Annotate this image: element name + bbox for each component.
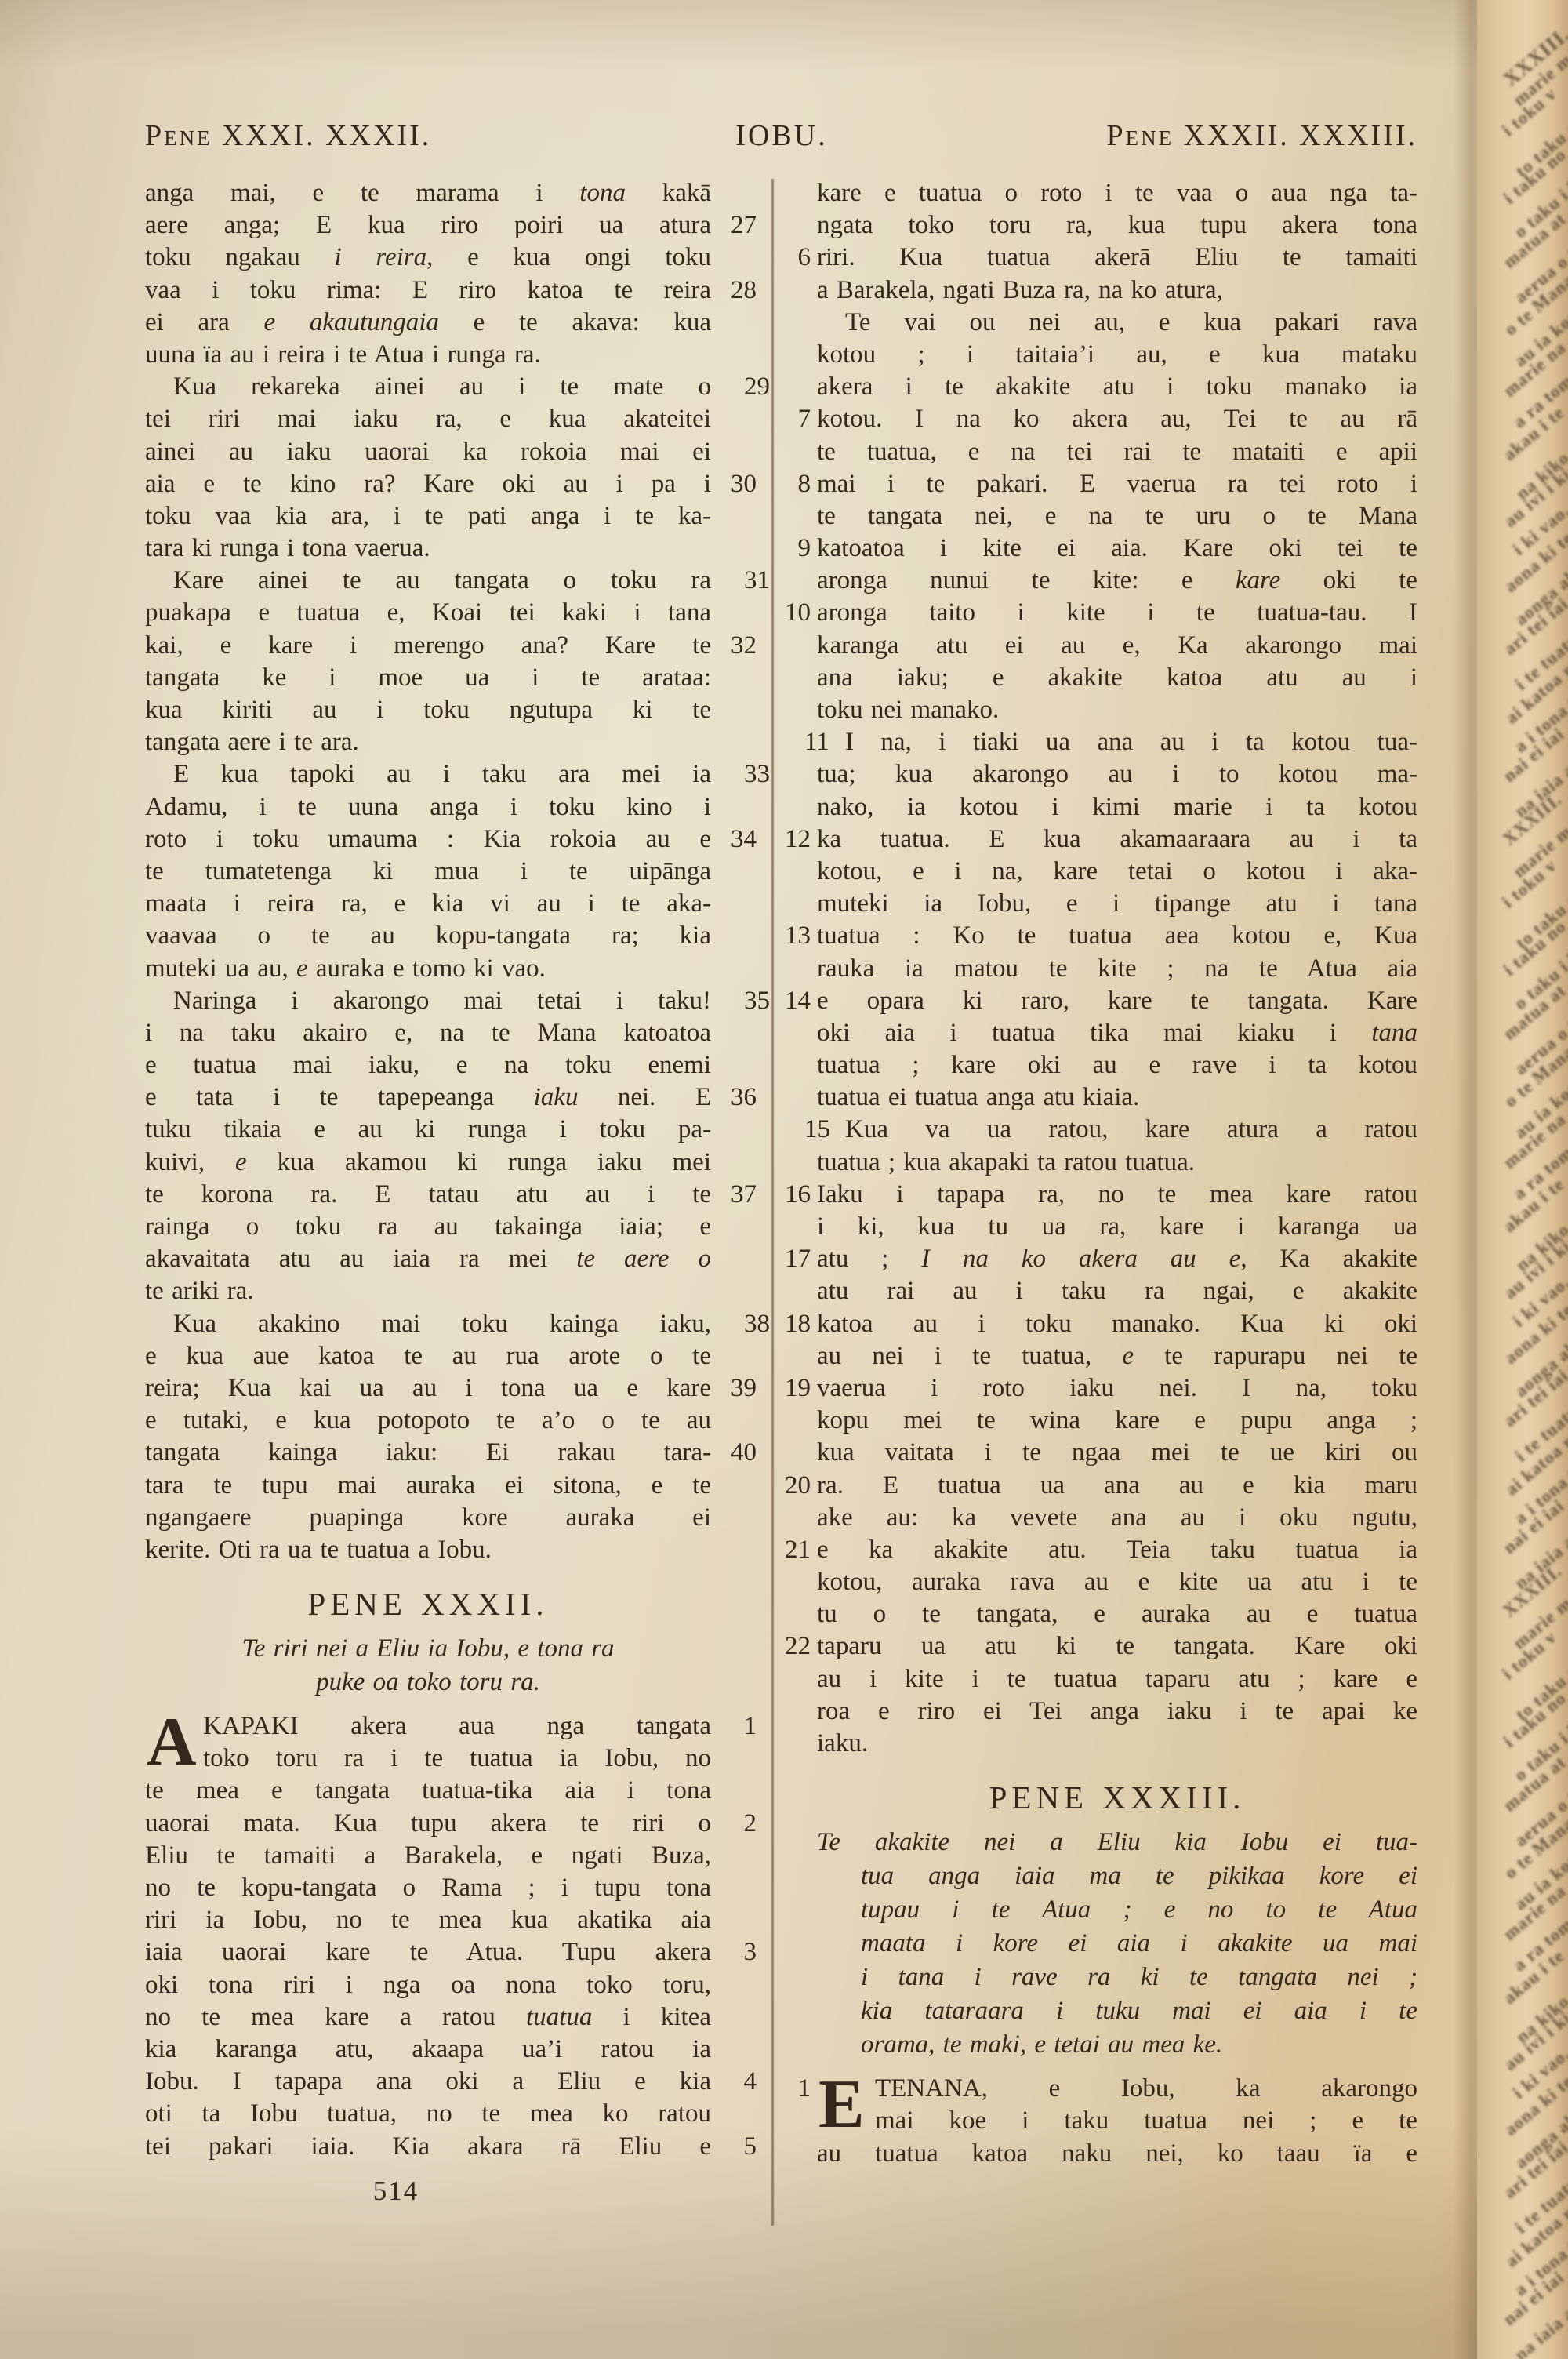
line-text: Te riri nei a Eliu ia Iobu, e tona ra [241,1634,614,1663]
chapter-summary-line: tua anga iaia ma te pikikaa kore ei [817,1859,1417,1893]
line-text: no te kopu-tangata o Rama ; i tupu tona [145,1874,711,1902]
line-text: tupau i te Atua ; e no to te Atua [861,1896,1417,1924]
line-text: e tuatua mai iaku, e na toku enemi [145,1051,711,1079]
line-text: tangata aere i te ara. [145,728,359,756]
line-text: toku vaa kia ara, i te pati anga i te ka… [145,502,711,530]
verse-number: 27 [716,209,757,242]
text-line: i na taku akairo e, na te Mana katoatoa [145,1017,711,1049]
text-line: i ki, kua tu ua ra, kare i karanga ua [817,1211,1417,1243]
line-text: ka tuatua. E kua akamaaraara au i ta [817,825,1417,853]
chapter-summary-line: kia tataraara i tuku mai ei aia i te [817,1994,1417,2028]
line-text: tei pakari iaia. Kia akara rā Eliu e [145,2132,711,2161]
text-line: vaa i toku rima: E riro katoa te reira28 [145,274,711,307]
text-line: e opara ki raro, kare te tangata. Kare14 [817,985,1417,1017]
line-text: kai, e kare i merengo ana? Kare te [145,631,711,660]
line-text: oki aia i tuatua tika mai kiaku i tana [817,1019,1417,1047]
verse-number: 4 [716,2066,757,2098]
text-line: te tuatua, e na tei rai te mataiti e api… [817,436,1417,468]
text-line: toku ngakau i reira, e kua ongi toku [145,242,711,274]
text-line: tuatua ; kare oki au e rave i ta kotou [817,1049,1417,1081]
text-line: roa e riro ei Tei anga iaku i te apai ke [817,1696,1417,1728]
line-text: tuku tikaia e au ki runga i toku pa- [145,1115,711,1143]
text-line: e tutaki, e kua potopoto te a’o o te au [145,1405,711,1437]
line-text: Te akakite nei a Eliu kia Iobu ei tua- [817,1828,1417,1856]
verse-number: 35 [716,985,757,1017]
line-text: tara ki runga i tona vaerua. [145,534,430,562]
line-text: i tana i rave ra ki te tangata nei ; [861,1963,1417,1991]
text-line: a Barakela, ngati Buza ra, na ko atura, [817,274,1417,307]
chapter-summary-line: orama, te maki, e tetai au mea ke. [817,2028,1417,2062]
line-text: au nei i te tuatua, e te rapurapu nei te [817,1342,1417,1370]
text-line: toku vaa kia ara, i te pati anga i te ka… [145,500,711,533]
line-text: nako, ia kotou i kimi marie i ta kotou [817,793,1417,821]
chapter-heading: PENE XXXIII. [817,1776,1417,1819]
text-line: tangata ke i moe ua i te arataa: [145,662,711,694]
text-line: vaerua i roto iaku nei. I na, toku19 [817,1372,1417,1405]
text-line: e ka akakite atu. Teia taku tuatua ia21 [817,1534,1417,1566]
verse-number: 7 [776,403,811,435]
text-line: kotou, e i na, kare tetai o kotou i aka- [817,856,1417,888]
text-line: kare e tuatua o roto i te vaa o aua nga … [817,177,1417,209]
line-text: iaia uaorai kare te Atua. Tupu akera [145,1938,711,1966]
verse-number: 34 [716,823,757,856]
line-text: tara te tupu mai auraka ei sitona, e te [145,1471,711,1499]
text-line: kerite. Oti ra ua te tuatua a Iobu. [145,1534,711,1566]
text-line: kai, e kare i merengo ana? Kare te32 [145,630,711,662]
verse-number: 28 [716,274,757,307]
text-line: toku nei manako. [817,694,1417,726]
spacer [817,1760,1417,1776]
verse-number: 21 [776,1534,811,1566]
line-text: ra. E tuatua ua ana au e kia maru [817,1471,1417,1499]
text-line: oki aia i tuatua tika mai kiaku i tana [817,1017,1417,1049]
line-text: vaa i toku rima: E riro katoa te reira [145,276,711,304]
line-text: Iobu. I tapapa ana oki a Eliu e kia [145,2067,711,2095]
line-text: atu ; I na ko akera au e, Ka akakite [817,1245,1417,1273]
chapter-summary-line: Te riri nei a Eliu ia Iobu, e tona ra [145,1632,711,1666]
text-line: kia karanga atu, akaapa ua’i ratou ia [145,2034,711,2066]
text-line: te tumatetenga ki mua i te uipānga [145,856,711,888]
line-text: muteki ia Iobu, e i tipange atu i tana [817,889,1417,918]
text-line: muteki ia Iobu, e i tipange atu i tana [817,888,1417,920]
line-text: te korona ra. E tatau atu au i te [145,1180,711,1209]
text-line: vaavaa o te au kopu-tangata ra; kia [145,920,711,952]
text-line: tuatua : Ko te tuatua aea kotou e, Kua13 [817,920,1417,952]
spacer [817,1819,1417,1826]
text-line: puakapa e tuatua e, Koai tei kaki i tana [145,597,711,629]
text-line: atu ; I na ko akera au e, Ka akakite17 [817,1243,1417,1275]
line-text: aronga nunui te kite: e kare oki te [817,566,1417,594]
line-text: taparu ua atu ki te tangata. Kare oki [817,1632,1417,1660]
verse-number: 9 [776,533,811,565]
line-text: e tata i te tapepeanga iaku nei. E [145,1083,711,1111]
text-line: akavaitata atu au iaia ra mei te aere o [145,1243,711,1275]
text-line: Adamu, i te uuna anga i toku kino i [145,791,711,823]
line-text: tangata kainga iaku: Ei rakau tara- [145,1438,711,1467]
text-line: taparu ua atu ki te tangata. Kare oki22 [817,1630,1417,1663]
text-line: aia e te kino ra? Kare oki au i pa i30 [145,468,711,500]
text-line: Kua akakino mai toku kainga iaku,38 [145,1308,711,1340]
line-text: toku ngakau i reira, e kua ongi toku [145,243,711,271]
verse-number: 3 [716,1936,757,1968]
line-text: atu rai au i taku ra ngai, e akakite [817,1277,1417,1305]
text-line: au tuatua katoa naku nei, ko taau ïa e [817,2138,1417,2170]
verse-number: 22 [776,1630,811,1663]
right-text-column: kare e tuatua o roto i te vaa o aua nga … [817,177,1417,2170]
chapter-summary-line: maata i kore ei aia i akakite ua mai [817,1927,1417,1961]
text-line: au i kite i te tuatua taparu atu ; kare … [817,1663,1417,1696]
line-text: E kua tapoki au i taku ara mei ia [173,760,711,788]
chapter-heading: PENE XXXII. [145,1582,711,1626]
line-text: roa e riro ei Tei anga iaku i te apai ke [817,1697,1417,1725]
text-line: Kua rekareka ainei au i te mate o29 [145,371,711,403]
line-text: vaerua i roto iaku nei. I na, toku [817,1374,1417,1402]
line-text: au tuatua katoa naku nei, ko taau ïa e [817,2139,1417,2168]
chapter-summary-line: tupau i te Atua ; e no to te Atua [817,1893,1417,1927]
text-line: katoa au i toku manako. Kua ki oki18 [817,1308,1417,1340]
text-line: aronga nunui te kite: e kare oki te [817,565,1417,597]
line-text: te ariki ra. [145,1277,254,1305]
text-line: kotou ; i taitaia’i au, e kua mataku [817,339,1417,371]
line-text: oti ta Iobu tuatua, no te mea ko ratou [145,2099,711,2128]
line-text: te tumatetenga ki mua i te uipānga [145,857,711,885]
verse-number: 15 [776,1114,811,1146]
line-text: KAPAKI akera aua nga tangata [203,1712,711,1740]
left-text-column: anga mai, e te marama i tona kakāaere an… [145,177,711,2163]
verse-number: 12 [776,823,811,856]
text-line: e tata i te tapepeanga iaku nei. E36 [145,1081,711,1114]
text-line: I na, i tiaki ua ana au i ta kotou tua-1… [817,726,1417,758]
line-text: oki tona riri i nga oa nona toko toru, [145,1971,711,1999]
line-text: reira; Kua kai ua au i tona ua e kare [145,1374,711,1402]
verse-number: 8 [776,468,811,500]
text-line: toko toru ra i te tuatua ia Iobu, no [145,1743,711,1775]
line-text: akavaitata atu au iaia ra mei te aere o [145,1245,711,1273]
line-text: PENE XXXIII. [989,1779,1246,1816]
running-head-center: IOBU. [735,118,827,154]
line-text: Kua rekareka ainei au i te mate o [173,373,711,401]
text-line: te ariki ra. [145,1275,711,1307]
line-text: Iaku i tapapa ra, no te mea kare ratou [817,1180,1417,1209]
line-text: e opara ki raro, kare te tangata. Kare [817,987,1417,1015]
text-line: nako, ia kotou i kimi marie i ta kotou [817,791,1417,823]
text-line: Eliu te tamaiti a Barakela, e ngati Buza… [145,1840,711,1872]
verse-number: 29 [716,371,757,403]
line-text: puke oa toko toru ra. [316,1668,540,1696]
line-text: a Barakela, ngati Buza ra, na ko atura, [817,276,1223,304]
line-text: kotou, e i na, kare tetai o kotou i aka- [817,857,1417,885]
line-text: toko toru ra i te tuatua ia Iobu, no [203,1744,711,1772]
chapter-summary-line: Te akakite nei a Eliu kia Iobu ei tua- [817,1826,1417,1859]
text-line: anga mai, e te marama i tona kakā [145,177,711,209]
text-line: ngangaere puapinga kore auraka ei [145,1502,711,1534]
text-line: no te mea kare a ratou tuatua i kitea [145,2001,711,2034]
verse-number: 1 [776,2073,811,2105]
text-line: no te kopu-tangata o Rama ; i tupu tona [145,1872,711,1904]
line-text: kua kiriti au i toku ngutupa ki te [145,696,711,724]
line-text: riri ia Iobu, no te mea kua akatika aia [145,1906,711,1934]
text-line: maata i reira ra, e kia vi au i te aka- [145,888,711,920]
line-text: kua vaitata i te ngaa mei te ue kiri ou [817,1438,1417,1467]
spacer [817,2062,1417,2073]
line-text: maata i reira ra, e kia vi au i te aka- [145,889,711,918]
line-text: puakapa e tuatua e, Koai tei kaki i tana [145,598,711,627]
text-line: tangata kainga iaku: Ei rakau tara-40 [145,1437,711,1469]
line-text: rauka ia matou te kite ; na te Atua aia [817,954,1417,983]
line-text: tangata ke i moe ua i te arataa: [145,663,711,692]
line-text: rainga o toku ra au takainga iaia; e [145,1212,711,1241]
text-line: te mea e tangata tuatua-tika aia i tona [145,1775,711,1807]
text-line: karanga atu ei au e, Ka akarongo mai [817,630,1417,662]
line-text: mai koe i taku tuatua nei ; e te [875,2106,1417,2135]
text-line: ETENANA, e Iobu, ka akarongo1 [817,2073,1417,2105]
text-line: katoatoa i kite ei aia. Kare oki tei te9 [817,533,1417,565]
text-line: ngata toko toru ra, kua tupu akera tona [817,209,1417,242]
text-line: tuku tikaia e au ki runga i toku pa- [145,1114,711,1146]
line-text: tuatua ei tuatua anga atu kiaia. [817,1083,1139,1111]
text-line: oki tona riri i nga oa nona toko toru, [145,1969,711,2001]
verse-number: 40 [716,1437,757,1469]
line-text: Kua va ua ratou, kare atura a ratou [845,1115,1417,1143]
line-text: muteki ua au, e auraka e tomo ki vao. [145,954,546,983]
text-line: kotou. I na ko akera au, Tei te au rā7 [817,403,1417,435]
text-line: Te vai ou nei au, e kua pakari rava [817,307,1417,339]
text-line: tara ki runga i tona vaerua. [145,533,711,565]
text-line: muteki ua au, e auraka e tomo ki vao. [145,953,711,985]
text-line: e kua aue katoa te au rua arote o te [145,1340,711,1372]
line-text: katoatoa i kite ei aia. Kare oki tei te [817,534,1417,562]
line-text: PENE XXXII. [307,1586,548,1622]
text-line: ana iaku; e akakite katoa atu au i [817,662,1417,694]
text-line: tuatua ; kua akapaki ta ratou tuatua. [817,1147,1417,1179]
text-line: riri. Kua tuatua akerā Eliu te tamaiti6 [817,242,1417,274]
line-text: ainei au iaku uaorai ka rokoia mai ei [145,438,711,466]
text-line: Kare ainei te au tangata o toku ra31 [145,565,711,597]
text-line: oti ta Iobu tuatua, no te mea ko ratou [145,2098,711,2130]
book-photo: XXXIII.marie mi toku vto taku arei taku … [0,0,1568,2359]
text-line: uaorai mata. Kua tupu akera te riri o2 [145,1808,711,1840]
line-text: kia karanga atu, akaapa ua’i ratou ia [145,2035,711,2063]
line-text: katoa au i toku manako. Kua ki oki [817,1310,1417,1338]
text-line: kotou, auraka rava au e kite ua atu i te [817,1566,1417,1598]
line-text: e kua aue katoa te au rua arote o te [145,1342,711,1370]
verse-number: 39 [716,1372,757,1405]
page-number: 514 [145,2174,647,2208]
verse-number: 17 [776,1243,811,1275]
text-line: ainei au iaku uaorai ka rokoia mai ei [145,436,711,468]
line-text: tua; kua akarongo au i to kotou ma- [817,760,1417,788]
line-text: Kua akakino mai toku kainga iaku, [173,1310,711,1338]
line-text: mai i te pakari. E vaerua ra tei roto i [817,470,1417,498]
line-text: kotou. I na ko akera au, Tei te au rā [817,405,1417,433]
text-line: e tuatua mai iaku, e na toku enemi [145,1049,711,1081]
text-line: mai i te pakari. E vaerua ra tei roto i8 [817,468,1417,500]
text-line: rauka ia matou te kite ; na te Atua aia [817,953,1417,985]
verse-number: 33 [716,758,757,791]
verse-number: 20 [776,1470,811,1502]
text-line: ka tuatua. E kua akamaaraara au i ta12 [817,823,1417,856]
line-text: kia tataraara i tuku mai ei aia i te [861,1997,1417,2025]
line-text: ana iaku; e akakite katoa atu au i [817,663,1417,692]
text-line: kua kiriti au i toku ngutupa ki te [145,694,711,726]
verse-number: 2 [716,1808,757,1840]
line-text: e ka akakite atu. Teia taku tuatua ia [817,1536,1417,1564]
verse-number: 10 [776,597,811,629]
line-text: Adamu, i te uuna anga i toku kino i [145,793,711,821]
line-text: aronga taito i kite i te tuatua-tau. I [817,598,1417,627]
text-line: ake au: ka vevete ana au i oku ngutu, [817,1502,1417,1534]
line-text: I na, i tiaki ua ana au i ta kotou tua- [845,728,1417,756]
text-line: aronga taito i kite i te tuatua-tau. I10 [817,597,1417,629]
line-text: te tuatua, e na tei rai te mataiti e api… [817,438,1417,466]
spacer [145,1566,711,1582]
text-line: Iobu. I tapapa ana oki a Eliu e kia4 [145,2066,711,2098]
text-line: tei pakari iaia. Kia akara rā Eliu e5 [145,2131,711,2163]
verse-number: 16 [776,1179,811,1211]
line-text: aere anga; E kua riro poiri ua atura [145,211,711,239]
line-text: Te vai ou nei au, e kua pakari rava [845,308,1417,336]
line-text: vaavaa o te au kopu-tangata ra; kia [145,921,711,950]
running-head-left: Pene XXXI. XXXII. [145,118,431,154]
verse-number: 38 [716,1308,757,1340]
line-text: iaku. [817,1729,868,1757]
text-line: kuivi, e kua akamou ki runga iaku mei [145,1147,711,1179]
text-line: AKAPAKI akera aua nga tangata1 [145,1710,711,1743]
line-text: Naringa i akarongo mai tetai i taku! [173,987,711,1015]
line-text: tuatua ; kare oki au e rave i ta kotou [817,1051,1417,1079]
verse-number: 32 [716,630,757,662]
text-line: tangata aere i te ara. [145,726,711,758]
column-divider-rule [771,179,774,2226]
line-text: kotou ; i taitaia’i au, e kua mataku [817,340,1417,369]
line-text: te mea e tangata tuatua-tika aia i tona [145,1776,711,1805]
text-line: kopu mei te wina kare e pupu anga ; [817,1405,1417,1437]
verse-number: 19 [776,1372,811,1405]
spacer [145,1699,711,1710]
line-text: kotou, auraka rava au e kite ua atu i te [817,1568,1417,1596]
line-text: TENANA, e Iobu, ka akarongo [875,2074,1417,2103]
text-line: Kua va ua ratou, kare atura a ratou15 [817,1114,1417,1146]
text-line: Naringa i akarongo mai tetai i taku!35 [145,985,711,1017]
text-line: Iaku i tapapa ra, no te mea kare ratou16 [817,1179,1417,1211]
verse-number: 14 [776,985,811,1017]
verse-number: 37 [716,1179,757,1211]
line-text: kuivi, e kua akamou ki runga iaku mei [145,1148,711,1176]
line-text: e tutaki, e kua potopoto te a’o o te au [145,1406,711,1434]
verse-number: 6 [776,242,811,274]
line-text: tuatua : Ko te tuatua aea kotou e, Kua [817,921,1417,950]
line-text: ngangaere puapinga kore auraka ei [145,1503,711,1532]
text-line: atu rai au i taku ra ngai, e akakite [817,1275,1417,1307]
line-text: no te mea kare a ratou tuatua i kitea [145,2003,711,2031]
line-text: karanga atu ei au e, Ka akarongo mai [817,631,1417,660]
text-line: uuna ïa au i reira i te Atua i runga ra. [145,339,711,371]
text-line: roto i toku umauma : Kia rokoia au e34 [145,823,711,856]
text-line: te korona ra. E tatau atu au i te37 [145,1179,711,1211]
verse-number: 1 [716,1710,757,1743]
line-text: kare e tuatua o roto i te vaa o aua nga … [817,179,1417,207]
verse-number: 30 [716,468,757,500]
line-text: orama, te maki, e tetai au mea ke. [861,2030,1222,2059]
line-text: uaorai mata. Kua tupu akera te riri o [145,1809,711,1837]
text-line: aere anga; E kua riro poiri ua atura27 [145,209,711,242]
line-text: roto i toku umauma : Kia rokoia au e [145,825,711,853]
line-text: anga mai, e te marama i tona kakā [145,179,711,207]
text-line: tuatua ei tuatua anga atu kiaia. [817,1081,1417,1114]
spacer [145,1626,711,1632]
line-text: ngata toko toru ra, kua tupu akera tona [817,211,1417,239]
text-line: akera i te akakite atu i toku manako ia [817,371,1417,403]
chapter-summary-line: puke oa toko toru ra. [145,1666,711,1699]
text-line: tua; kua akarongo au i to kotou ma- [817,758,1417,791]
verse-number: 5 [716,2131,757,2163]
text-line: ra. E tuatua ua ana au e kia maru20 [817,1470,1417,1502]
chapter-summary-line: i tana i rave ra ki te tangata nei ; [817,1961,1417,1994]
line-text: ake au: ka vevete ana au i oku ngutu, [817,1503,1417,1532]
text-line: ei ara e akautungaia e te akava: kua [145,307,711,339]
line-text: aia e te kino ra? Kare oki au i pa i [145,470,711,498]
text-line: te tangata nei, e na te uru o te Mana [817,500,1417,533]
line-text: kopu mei te wina kare e pupu anga ; [817,1406,1417,1434]
line-text: tuatua ; kua akapaki ta ratou tuatua. [817,1148,1195,1176]
line-text: Kare ainei te au tangata o toku ra [173,566,711,594]
text-line: tei riri mai iaku ra, e kua akateitei [145,403,711,435]
verse-number: 13 [776,920,811,952]
next-page-edge: XXXIII.marie mi toku vto taku arei taku … [1477,0,1568,2359]
text-line: reira; Kua kai ua au i tona ua e kare39 [145,1372,711,1405]
text-line: kua vaitata i te ngaa mei te ue kiri ou [817,1437,1417,1469]
verse-number: 36 [716,1081,757,1114]
line-text: i ki, kua tu ua ra, kare i karanga ua [817,1212,1417,1241]
verse-number: 18 [776,1308,811,1340]
line-text: ei ara e akautungaia e te akava: kua [145,308,711,336]
line-text: te tangata nei, e na te uru o te Mana [817,502,1417,530]
text-line: mai koe i taku tuatua nei ; e te [817,2105,1417,2137]
text-line: tu o te tangata, e auraka au e tuatua [817,1598,1417,1630]
line-text: maata i kore ei aia i akakite ua mai [861,1929,1417,1957]
line-text: i na taku akairo e, na te Mana katoatoa [145,1019,711,1047]
line-text: tu o te tangata, e auraka au e tuatua [817,1600,1417,1628]
verse-number: 11 [776,726,811,758]
text-line: iaia uaorai kare te Atua. Tupu akera3 [145,1936,711,1968]
line-text: Eliu te tamaiti a Barakela, e ngati Buza… [145,1841,711,1870]
line-text: uuna ïa au i reira i te Atua i runga ra. [145,340,541,369]
text-line: au nei i te tuatua, e te rapurapu nei te [817,1340,1417,1372]
line-text: au i kite i te tuatua taparu atu ; kare … [817,1665,1417,1693]
text-line: rainga o toku ra au takainga iaia; e [145,1211,711,1243]
text-line: riri ia Iobu, no te mea kua akatika aia [145,1904,711,1936]
text-line: E kua tapoki au i taku ara mei ia33 [145,758,711,791]
line-text: akera i te akakite atu i toku manako ia [817,373,1417,401]
verse-number: 31 [716,565,757,597]
line-text: riri. Kua tuatua akerā Eliu te tamaiti [817,243,1417,271]
line-text: toku nei manako. [817,696,999,724]
line-text: kerite. Oti ra ua te tuatua a Iobu. [145,1536,492,1564]
line-text: tua anga iaia ma te pikikaa kore ei [861,1862,1417,1890]
text-line: iaku. [817,1728,1417,1760]
running-head-right: Pene XXXII. XXXIII. [1106,118,1417,154]
line-text: tei riri mai iaku ra, e kua akateitei [145,405,711,433]
text-line: tara te tupu mai auraka ei sitona, e te [145,1470,711,1502]
